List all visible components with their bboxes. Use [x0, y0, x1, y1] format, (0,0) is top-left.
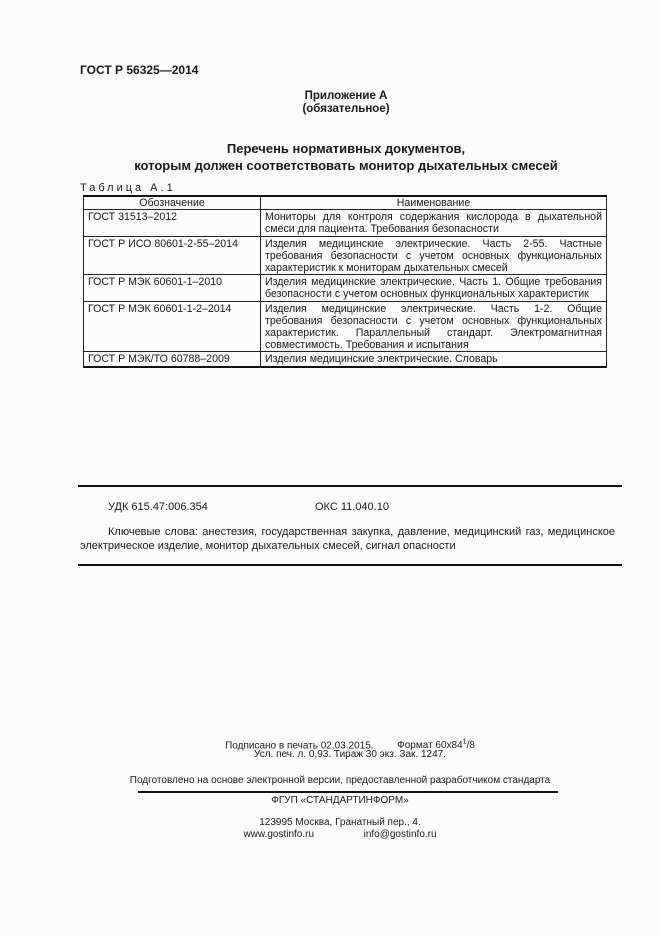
table-row: ГОСТ Р МЭК/ТО 60788–2009 Изделия медицин…	[84, 352, 607, 367]
column-header-designation: Обозначение	[84, 196, 261, 210]
table-row: ГОСТ Р МЭК 60601-1-2–2014 Изделия медици…	[84, 301, 607, 352]
table-row: ГОСТ Р МЭК 60601-1–2010 Изделия медицинс…	[84, 275, 607, 301]
cell-name: Изделия медицинские электрические. Слова…	[261, 352, 607, 367]
section-heading: Перечень нормативных документов, которым…	[0, 140, 661, 174]
table-row: ГОСТ 31513–2012 Мониторы для контроля со…	[84, 210, 607, 236]
cell-designation: ГОСТ Р ИСО 80601-2-55–2014	[84, 236, 261, 275]
divider-top	[78, 485, 622, 487]
cell-name: Мониторы для контроля содержания кислоро…	[261, 210, 607, 236]
prepared-note: Подготовлено на основе электронной верси…	[0, 775, 661, 788]
publisher-divider	[138, 791, 558, 793]
normative-documents-table: Обозначение Наименование ГОСТ 31513–2012…	[83, 195, 607, 368]
appendix-type: (обязательное)	[0, 103, 661, 115]
cell-designation: ГОСТ Р МЭК/ТО 60788–2009	[84, 352, 261, 367]
cell-name: Изделия медицинские электрические. Часть…	[261, 301, 607, 352]
table-caption: Таблица А.1	[80, 182, 176, 194]
heading-line-1: Перечень нормативных документов,	[0, 140, 661, 157]
document-code: ГОСТ Р 56325—2014	[80, 63, 198, 77]
cell-designation: ГОСТ 31513–2012	[84, 210, 261, 236]
keywords: Ключевые слова: анестезия, государственн…	[80, 525, 615, 553]
publisher-address: 123995 Москва, Гранатный пер., 4.	[0, 817, 661, 830]
publisher-name: ФГУП «СТАНДАРТИНФОРМ»	[0, 795, 661, 808]
cell-name: Изделия медицинские электрические. Часть…	[261, 275, 607, 301]
print-info: Усл. печ. л. 0,93. Тираж 30 экз. Зак. 12…	[0, 749, 661, 762]
divider-bottom	[78, 564, 622, 566]
table-header-row: Обозначение Наименование	[84, 196, 607, 210]
cell-name: Изделия медицинские электрические. Часть…	[261, 236, 607, 275]
appendix-title: Приложение А	[0, 90, 661, 102]
email-link[interactable]: info@gostinfo.ru	[364, 829, 437, 840]
website-link[interactable]: www.gostinfo.ru	[243, 829, 314, 840]
cell-designation: ГОСТ Р МЭК 60601-1-2–2014	[84, 301, 261, 352]
table-row: ГОСТ Р ИСО 80601-2-55–2014 Изделия медиц…	[84, 236, 607, 275]
column-header-name: Наименование	[261, 196, 607, 210]
heading-line-2: которым должен соответствовать монитор д…	[0, 157, 661, 174]
publisher-contacts: www.gostinfo.ru info@gostinfo.ru	[0, 829, 661, 842]
udk-code: УДК 615.47:006.354	[108, 501, 208, 513]
oks-code: ОКС 11.040.10	[315, 501, 389, 513]
cell-designation: ГОСТ Р МЭК 60601-1–2010	[84, 275, 261, 301]
